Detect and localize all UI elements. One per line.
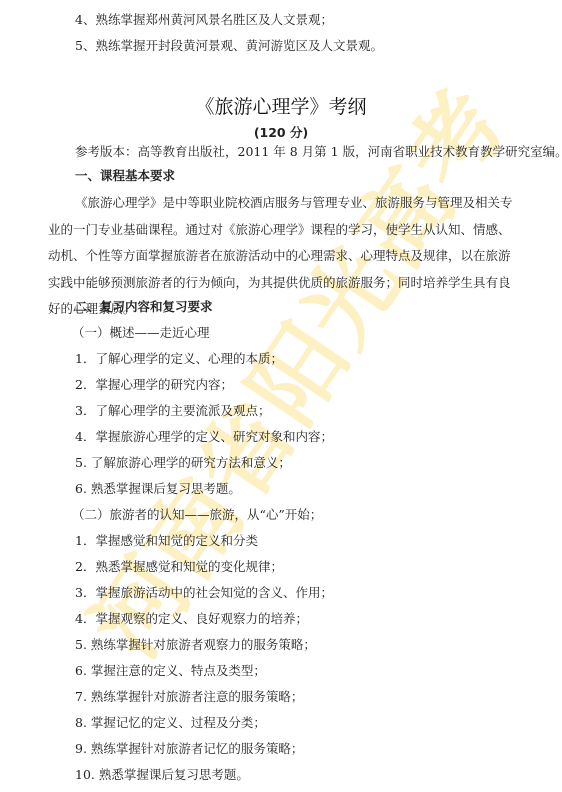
part1-heading: （一）概述——走近心理 (72, 325, 210, 341)
part2-item-8: 8. 掌握记忆的定义、过程及分类； (75, 715, 266, 731)
section2-heading: 二、复习内容和复习要求 (75, 299, 213, 315)
reference-text: 参考版本：高等教育出版社，2011 年 8 月第 1 版，河南省职业技术教育教学… (75, 144, 562, 160)
part1-item-3: 3．了解心理学的主要流派及观点； (75, 403, 270, 419)
score-label: (120 分) (0, 123, 562, 141)
page-title: 《旅游心理学》考纲 (0, 92, 562, 119)
part2-item-6: 6. 掌握注意的定义、特点及类型； (75, 663, 266, 679)
part2-item-3: 3．掌握旅游活动中的社会知觉的含义、作用； (75, 585, 333, 601)
document-page: 河南省阳光高考 4、熟练掌握郑州黄河风景名胜区及人文景观； 5、熟练掌握开封段黄… (0, 0, 562, 792)
part2-item-9: 9. 熟练掌握针对旅游者记忆的服务策略； (75, 741, 303, 757)
section1-heading: 一、课程基本要求 (75, 168, 175, 184)
part2-item-7: 7. 熟练掌握针对旅游者注意的服务策略； (75, 689, 303, 705)
part1-item-5: 5. 了解旅游心理学的研究方法和意义； (75, 455, 291, 471)
part1-item-6: 6. 熟悉掌握课后复习思考题。 (75, 481, 241, 497)
part1-item-1: 1．了解心理学的定义、心理的本质； (75, 351, 283, 367)
part1-item-4: 4．掌握旅游心理学的定义、研究对象和内容； (75, 429, 333, 445)
part2-heading: （二）旅游者的认知——旅游，从“心”开始； (72, 507, 322, 523)
part1-item-2: 2．掌握心理学的研究内容； (75, 377, 233, 393)
top-item-4: 4、熟练掌握郑州黄河风景名胜区及人文景观； (75, 12, 333, 28)
part2-item-2: 2．熟悉掌握感觉和知觉的变化规律； (75, 559, 283, 575)
top-item-5: 5、熟练掌握开封段黄河景观、黄河游览区及人文景观。 (75, 38, 383, 54)
part2-item-5: 5. 熟练掌握针对旅游者观察力的服务策略； (75, 637, 316, 653)
part2-item-4: 4．掌握观察的定义、良好观察力的培养； (75, 611, 308, 627)
part2-item-1: 1．掌握感觉和知觉的定义和分类 (75, 533, 258, 549)
part2-item-10: 10. 熟悉掌握课后复习思考题。 (75, 767, 249, 783)
